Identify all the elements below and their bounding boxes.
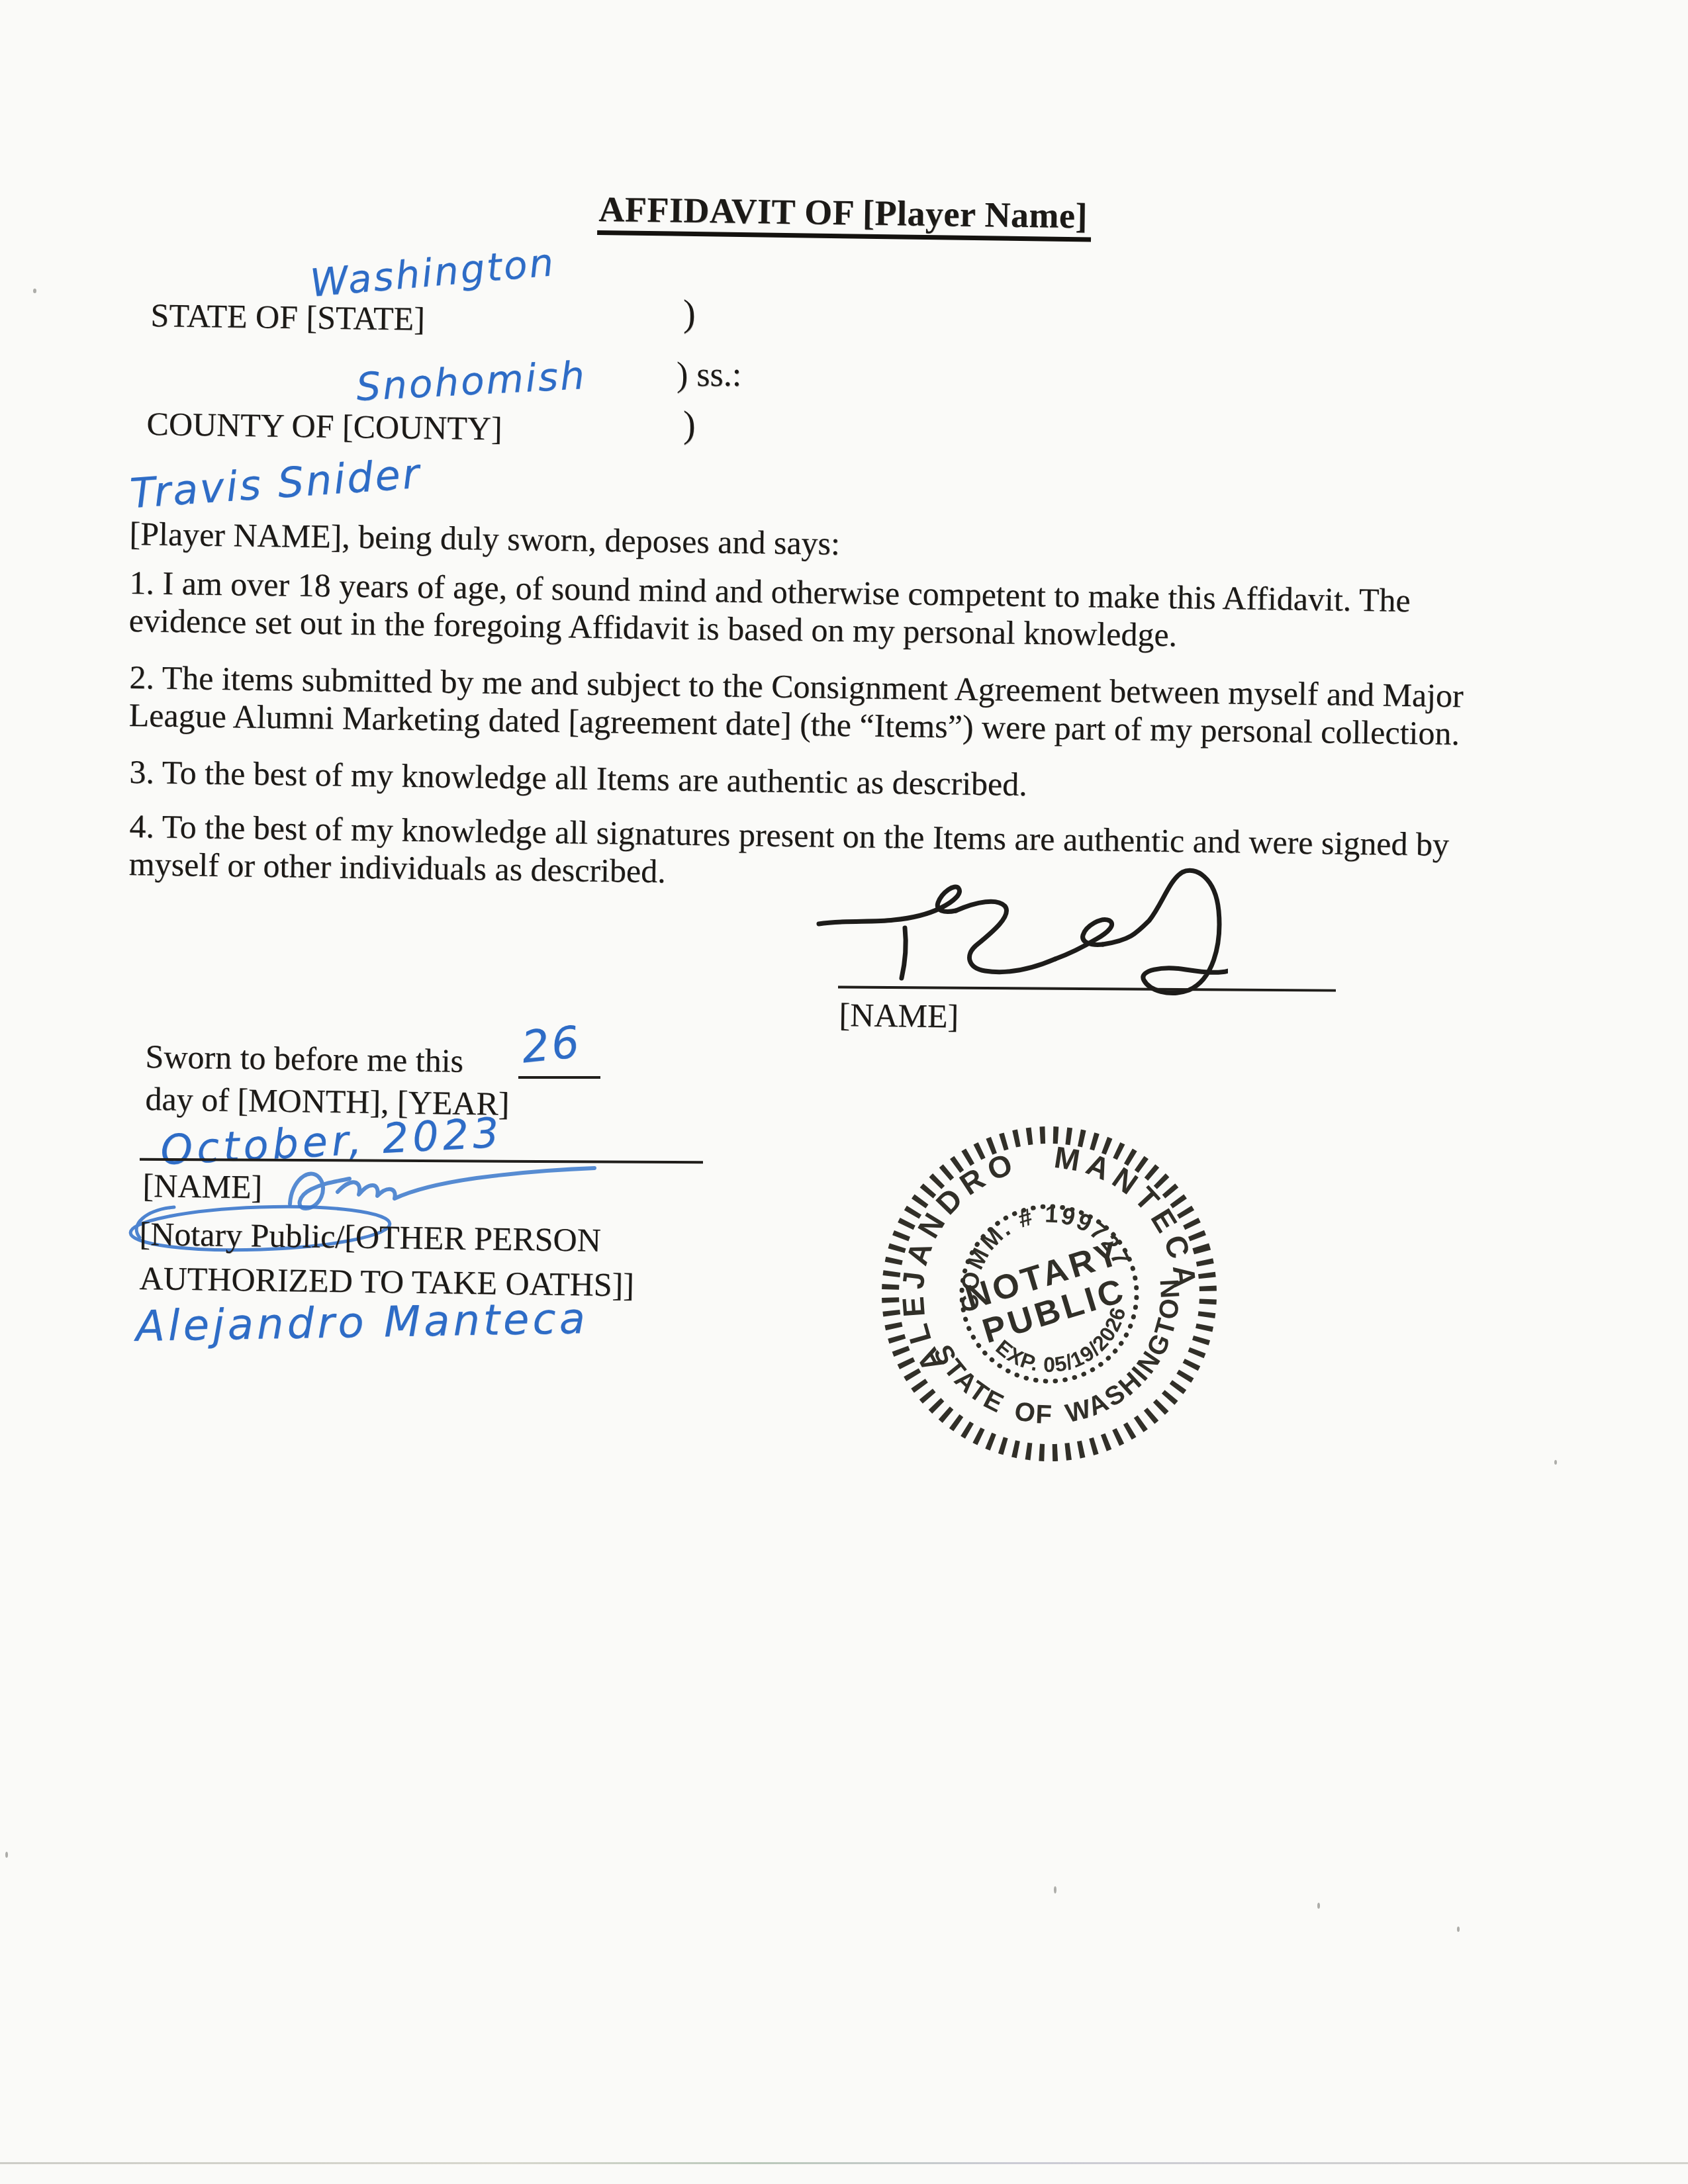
venue-paren-state: ) [683,295,696,333]
state-label: STATE OF [STATE] [150,296,425,338]
state-handwritten: Washington [308,240,557,306]
capacity-line-1: [Notary Public/[OTHER PERSON [139,1215,601,1259]
ss-marker: ) ss.: [677,356,741,394]
document-title: AFFIDAVIT OF [Player Name] [597,191,1092,242]
paragraph-2: 2. The items submitted by me and subject… [128,659,1466,752]
scan-speck [1317,1903,1320,1909]
county-handwritten: Snohomish [355,353,587,410]
scan-speck [1554,1460,1557,1465]
paragraph-1: 1. I am over 18 years of age, of sound m… [128,564,1466,658]
affidavit-page: AFFIDAVIT OF [Player Name] Washington ST… [0,0,1688,2184]
day-number-handwritten: 26 [519,1017,584,1073]
sworn-prefix: Sworn to before me this [145,1038,463,1080]
affiant-name-label: [NAME] [839,996,959,1036]
venue-paren-county: ) [683,406,696,444]
notary-seal-stamp: ALEJANDRO MANTECA STATE OF WASHINGTON CO… [870,1115,1228,1473]
county-label: COUNTY OF [COUNTY] [146,405,502,447]
affiant-signature-ink [791,847,1228,1003]
scan-speck [33,289,36,293]
player-name-handwritten: Travis Snider [128,449,422,518]
scan-speck [5,1852,8,1858]
notary-name-handwritten: Alejandro Manteca [135,1295,588,1351]
day-number-blank-line [518,1076,600,1079]
paragraph-3: 3. To the best of my knowledge all Items… [129,753,1467,809]
scan-speck [1054,1886,1056,1893]
deposition-intro: [Player NAME], being duly sworn, deposes… [129,515,840,563]
scan-speck [1457,1927,1460,1932]
scan-edge-artifact [0,2162,1688,2164]
